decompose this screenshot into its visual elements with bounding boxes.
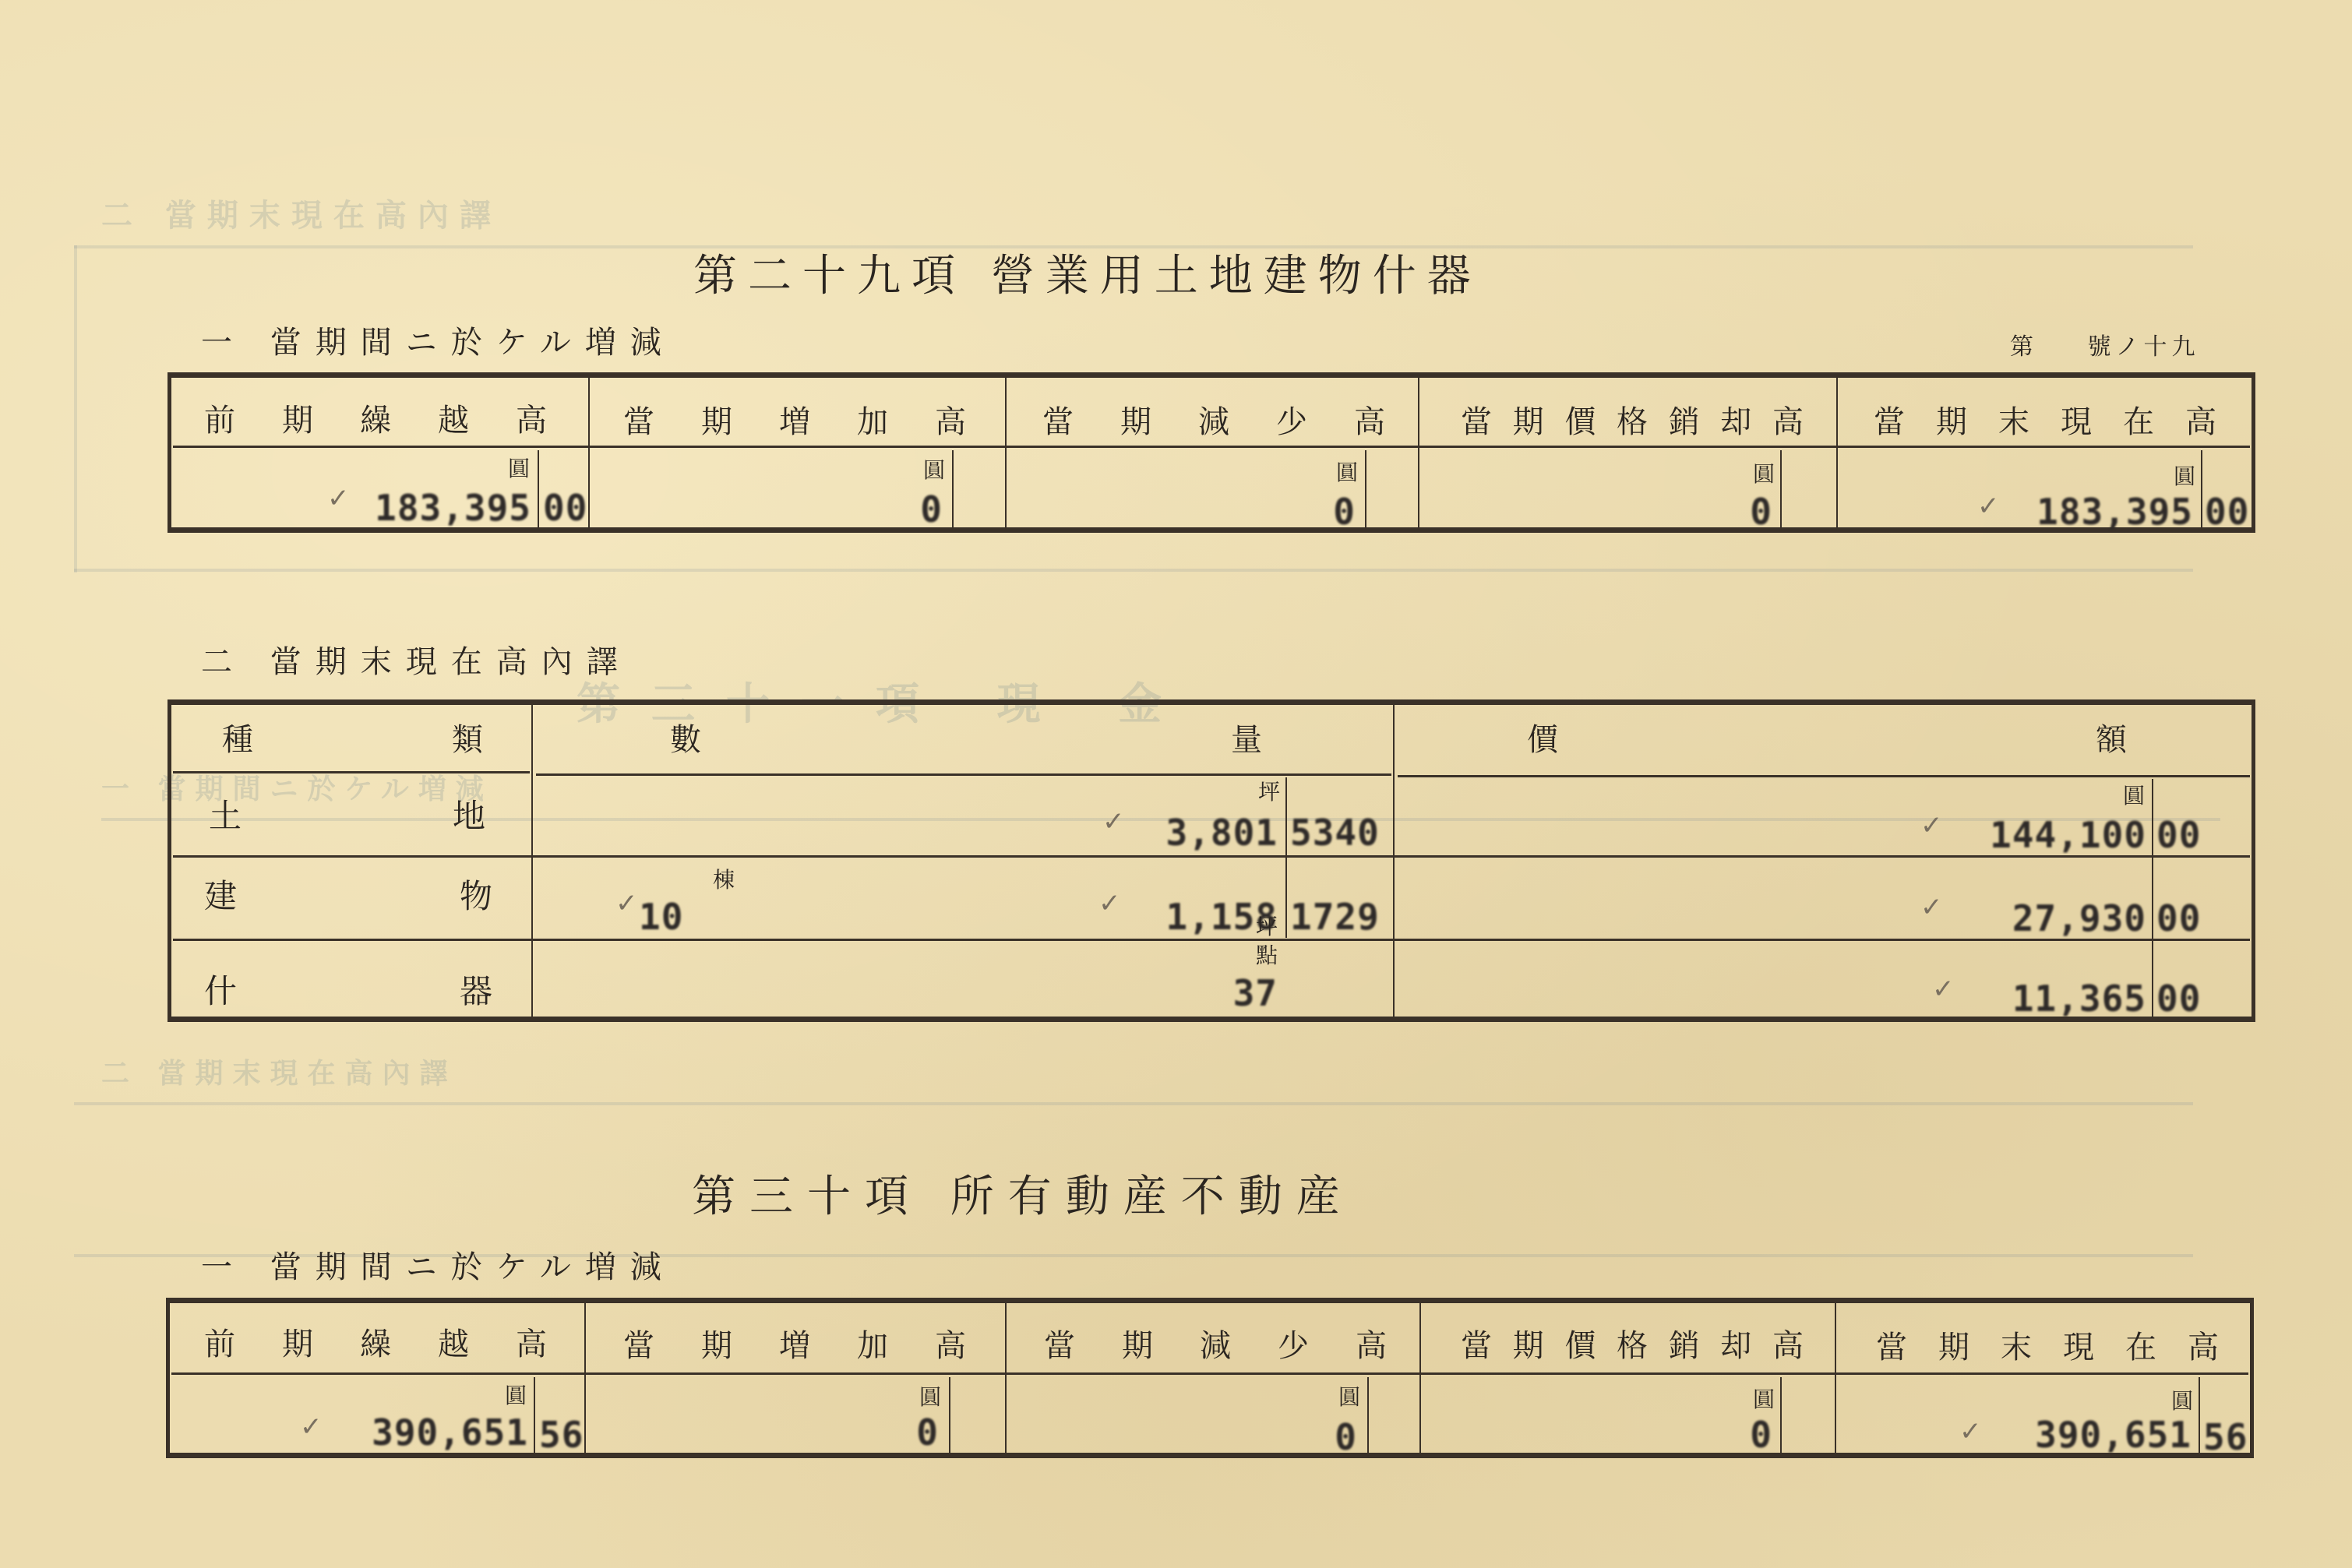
yen-unit: 圓	[2123, 779, 2145, 810]
section-30-title: 第三十項 所有動産不動産	[692, 1162, 1354, 1224]
header-increase: 當期増加高	[623, 1321, 966, 1365]
column-divider	[1835, 1303, 1836, 1453]
row-divider	[173, 939, 2250, 941]
column-divider	[1005, 378, 1007, 527]
reference-suffix: 號ノ十九	[2088, 327, 2200, 361]
yen-unit: 圓	[923, 453, 945, 484]
yen-unit: 圓	[1338, 1380, 1360, 1411]
section-30-part1-heading: 一 當期間ニ於ケル増減	[201, 1242, 675, 1287]
yen-unit: 圓	[508, 452, 530, 483]
header-divider	[1398, 775, 2250, 777]
header-decrease: 當期減少高	[1044, 1321, 1387, 1365]
header-increase: 當期増加高	[623, 397, 966, 442]
value-end-balance: 183,395	[2002, 491, 2193, 533]
section-29-part1-heading: 一 當期間ニ於ケル増減	[201, 318, 675, 362]
section-29-title: 第二十九項 營業用土地建物什器	[693, 241, 1482, 304]
value-carried-forward: 390,651	[327, 1411, 528, 1453]
building-count-unit: 棟	[713, 863, 735, 894]
tsubo-unit: 坪	[1258, 775, 1280, 806]
yen-unit: 圓	[1336, 456, 1358, 487]
building-amount-sen: 00	[2156, 897, 2203, 939]
sen-separator	[534, 1377, 535, 1453]
check-mark: ✓	[327, 483, 350, 514]
fixtures-quantity: 37	[1200, 972, 1278, 1014]
building-quantity-fraction: 1729	[1290, 896, 1388, 938]
sen-end-balance: 56	[2203, 1416, 2250, 1458]
value-depreciation: 0	[1687, 491, 1772, 533]
bleed-through-text: 二 當期末現在高內譯	[101, 191, 502, 235]
sen-separator	[2199, 1377, 2200, 1453]
header-amount: 價額	[1527, 715, 2127, 759]
value-increase: 0	[853, 1411, 939, 1453]
land-quantity: 3,801	[1122, 812, 1278, 854]
check-mark: ✓	[1920, 892, 1943, 923]
fixtures-amount-sen: 00	[2156, 978, 2203, 1020]
header-decrease: 當期減少高	[1042, 397, 1385, 442]
tsubo-unit: 坪	[1256, 910, 1278, 941]
building-quantity: 1,158	[1122, 896, 1278, 938]
land-amount: 144,100	[1948, 814, 2146, 856]
value-carried-forward: 183,395	[351, 487, 531, 529]
header-type: 種類	[222, 715, 483, 759]
check-mark: ✓	[300, 1411, 323, 1443]
reference-prefix: 第	[2010, 327, 2033, 361]
value-decrease: 0	[1271, 1416, 1357, 1458]
header-divider	[173, 771, 530, 773]
bleed-through-rule	[74, 1102, 2193, 1105]
column-divider	[1836, 378, 1838, 527]
sen-separator	[952, 450, 954, 528]
header-depreciation: 當期價格銷却高	[1461, 397, 1804, 442]
building-amount: 27,930	[1948, 897, 2146, 939]
column-divider	[1005, 1303, 1007, 1453]
sen-separator	[1780, 1377, 1782, 1453]
sen-carried-forward: 00	[543, 487, 590, 529]
header-divider	[173, 446, 2250, 448]
land-amount-sen: 00	[2156, 814, 2203, 856]
bleed-through-rule	[74, 569, 2193, 572]
building-count: 10	[639, 896, 709, 938]
check-mark: ✓	[615, 888, 638, 919]
row-label-buildings: 建物	[204, 871, 492, 918]
fixtures-amount: 11,365	[1948, 978, 2146, 1020]
sen-separator	[1780, 450, 1782, 528]
header-end-balance: 當期末現在高	[1876, 1323, 2219, 1367]
yen-unit: 圓	[505, 1379, 527, 1410]
row-label-fixtures: 什器	[204, 966, 492, 1013]
value-end-balance: 390,651	[1983, 1414, 2192, 1456]
value-decrease: 0	[1270, 491, 1356, 533]
yen-unit: 圓	[919, 1380, 941, 1411]
sen-separator	[1365, 450, 1366, 528]
yen-unit: 圓	[1753, 1383, 1775, 1414]
check-mark: ✓	[1098, 888, 1121, 919]
yen-unit: 圓	[2171, 1384, 2193, 1415]
header-end-balance: 當期末現在高	[1874, 397, 2216, 442]
sen-separator	[1367, 1377, 1369, 1453]
header-depreciation: 當期價格銷却高	[1461, 1321, 1804, 1365]
column-divider	[1393, 705, 1395, 1017]
sen-separator	[538, 450, 539, 528]
check-mark: ✓	[1977, 491, 2000, 522]
row-divider	[173, 855, 2250, 858]
bleed-through-text: 二 當期末現在高內譯	[101, 1052, 457, 1091]
bleed-through-rule	[74, 245, 77, 573]
sen-end-balance: 00	[2205, 491, 2252, 533]
land-quantity-fraction: 5340	[1290, 812, 1388, 854]
check-mark: ✓	[1959, 1416, 1982, 1447]
row-label-land: 土地	[209, 791, 485, 837]
header-carried-forward: 前期繰越高	[204, 396, 547, 440]
header-carried-forward: 前期繰越高	[204, 1320, 547, 1364]
fraction-separator	[1285, 777, 1287, 938]
sen-separator	[949, 1377, 950, 1453]
header-quantity: 數量	[670, 715, 1262, 759]
check-mark: ✓	[1920, 810, 1943, 841]
value-increase: 0	[857, 488, 943, 530]
section-29-part2-heading: 二 當期末現在高內譯	[201, 637, 632, 682]
sen-separator	[2201, 450, 2202, 528]
column-divider	[531, 705, 533, 1017]
points-unit: 點	[1256, 939, 1278, 970]
yen-unit: 圓	[1753, 457, 1775, 488]
column-divider	[1418, 378, 1419, 527]
reference-number: 第 號ノ十九	[2010, 327, 2200, 361]
sen-carried-forward: 56	[539, 1414, 586, 1456]
value-depreciation: 0	[1687, 1414, 1772, 1456]
sen-separator	[2152, 779, 2153, 1017]
column-divider	[1419, 1303, 1421, 1453]
yen-unit: 圓	[2174, 460, 2195, 491]
header-divider	[171, 1372, 2248, 1375]
